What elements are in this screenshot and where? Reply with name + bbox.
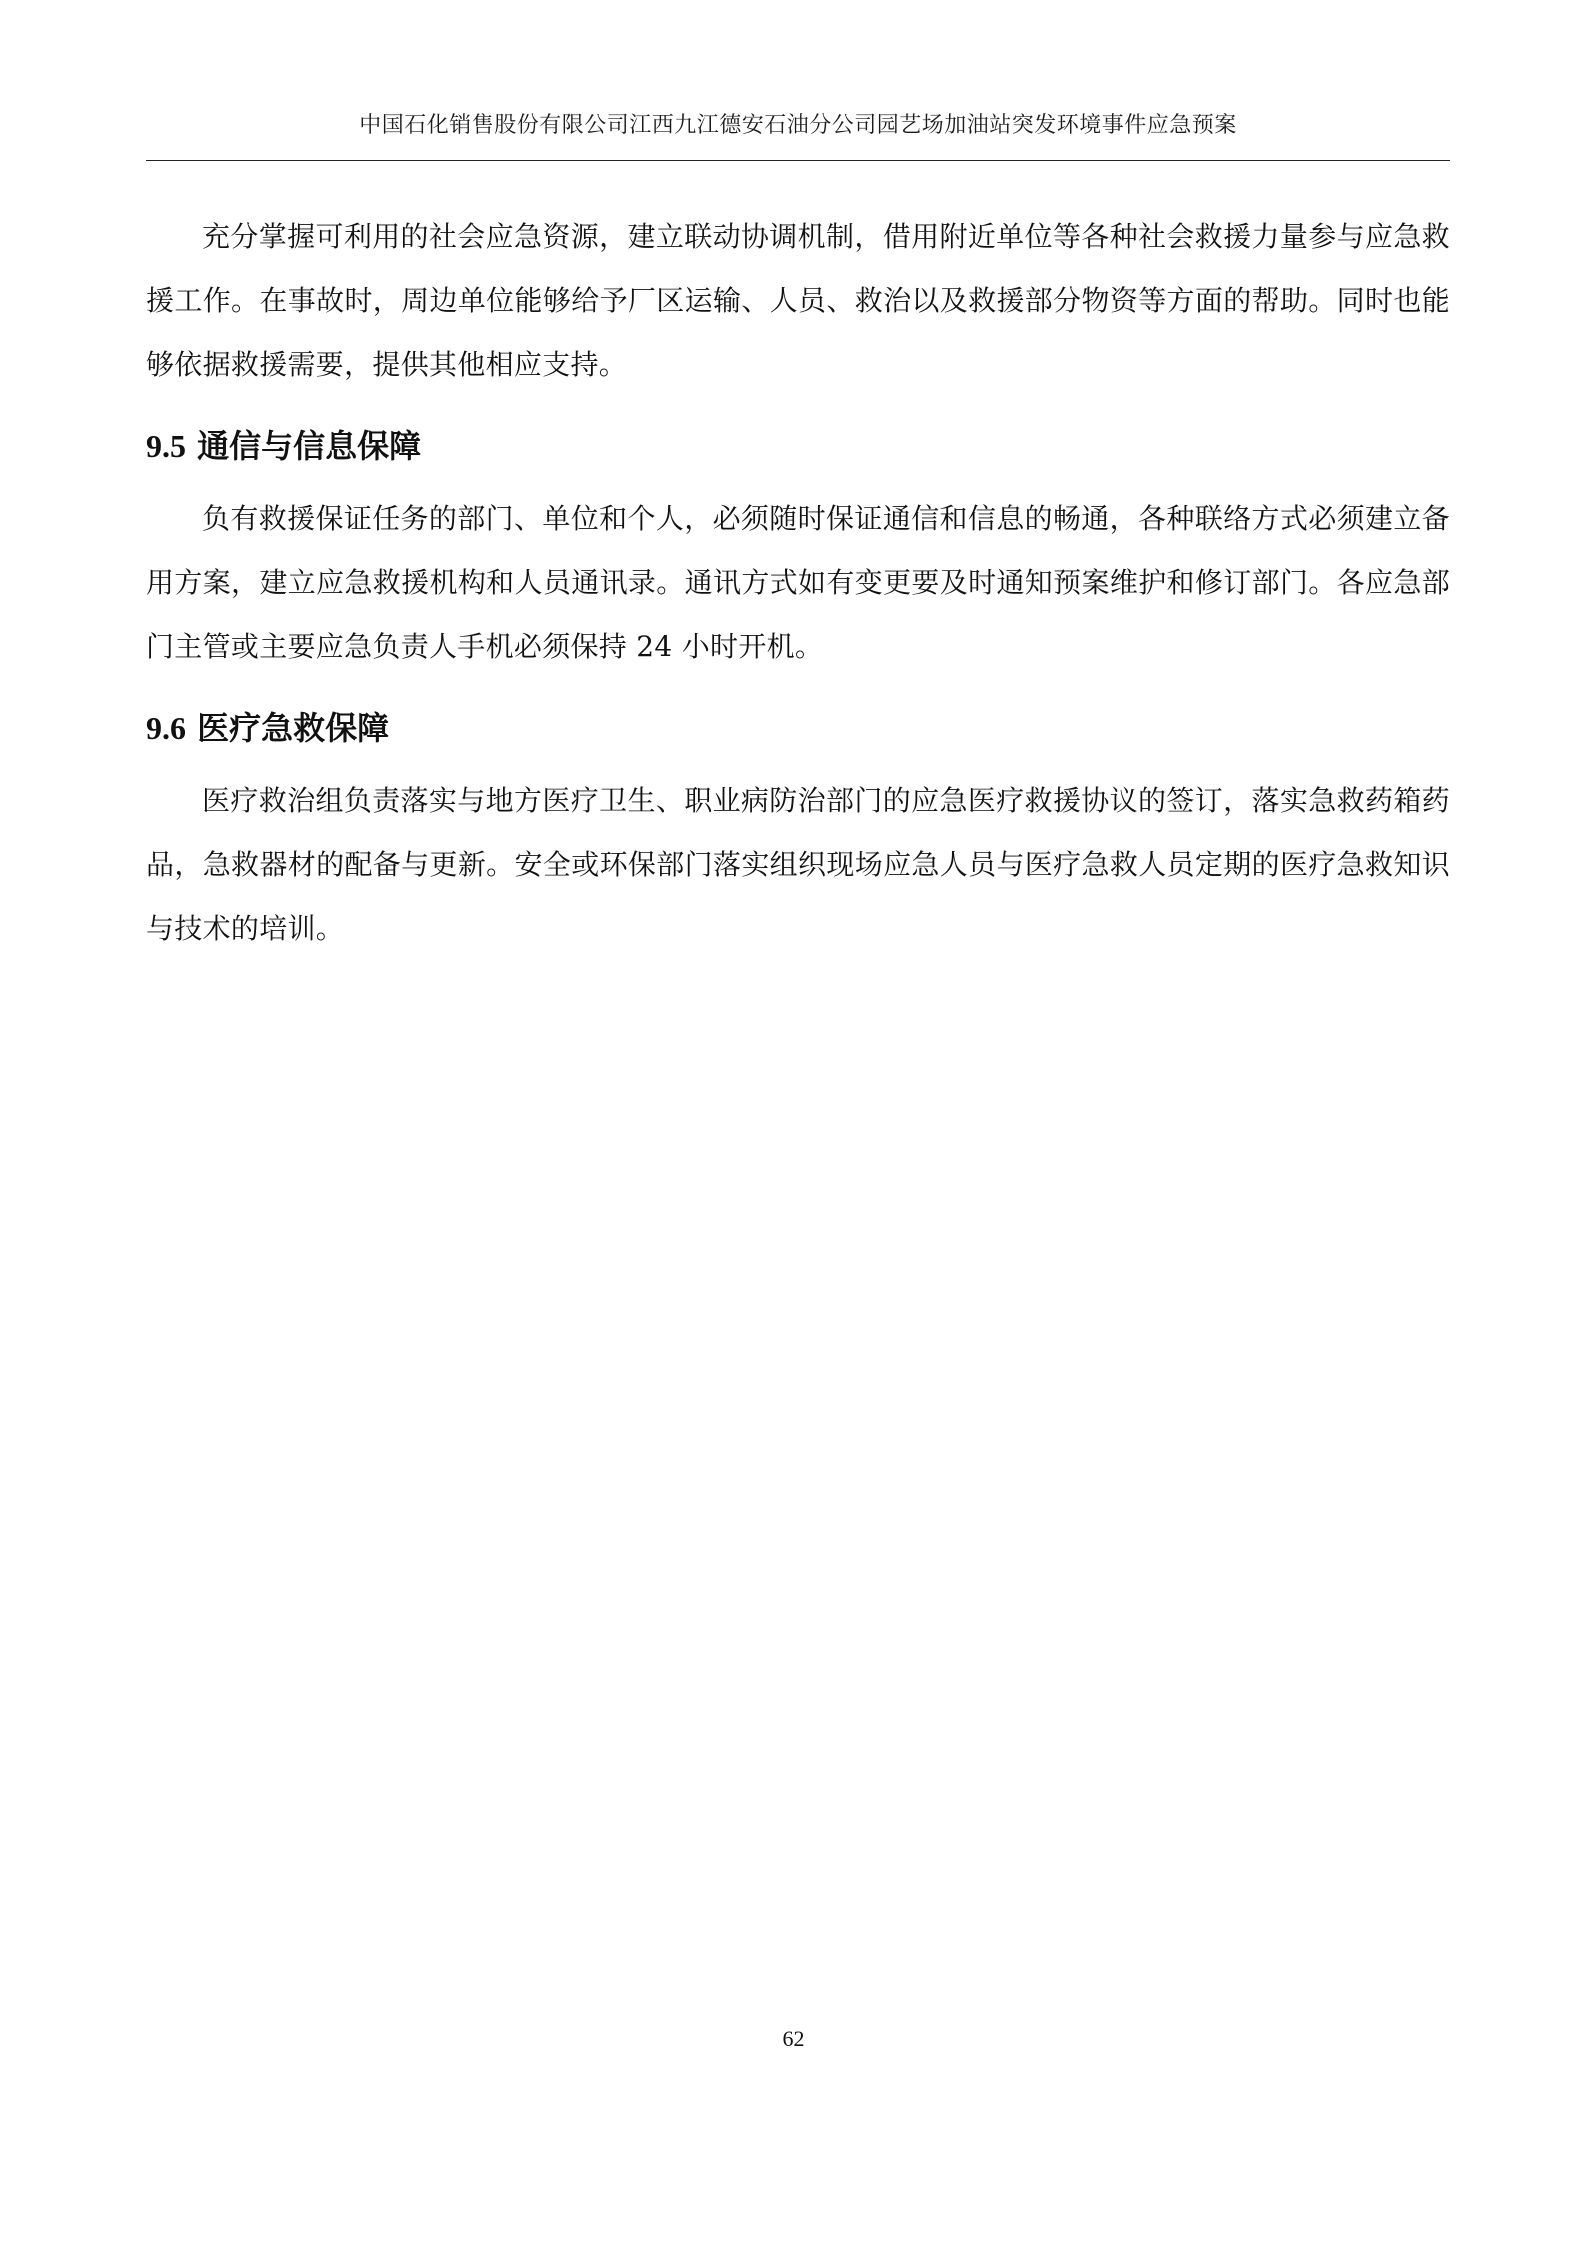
header-divider bbox=[146, 160, 1450, 161]
section-number: 9.6 bbox=[146, 710, 186, 746]
paragraph-social-resources: 充分掌握可利用的社会应急资源，建立联动协调机制，借用附近单位等各种社会救援力量参… bbox=[146, 205, 1450, 397]
section-heading-9-6: 9.6 医疗急救保障 bbox=[146, 693, 1450, 763]
document-header-title: 中国石化销售股份有限公司江西九江德安石油分公司园艺场加油站突发环境事件应急预案 bbox=[146, 108, 1450, 139]
section-heading-9-5: 9.5 通信与信息保障 bbox=[146, 411, 1450, 481]
section-title: 医疗急救保障 bbox=[197, 709, 389, 747]
section-title: 通信与信息保障 bbox=[197, 427, 421, 465]
section-number: 9.5 bbox=[146, 428, 186, 464]
document-body: 充分掌握可利用的社会应急资源，建立联动协调机制，借用附近单位等各种社会救援力量参… bbox=[146, 205, 1450, 961]
paragraph-communication: 负有救援保证任务的部门、单位和个人，必须随时保证通信和信息的畅通，各种联络方式必… bbox=[146, 487, 1450, 679]
page-number: 62 bbox=[0, 2026, 1587, 2052]
paragraph-medical: 医疗救治组负责落实与地方医疗卫生、职业病防治部门的应急医疗救援协议的签订，落实急… bbox=[146, 769, 1450, 961]
